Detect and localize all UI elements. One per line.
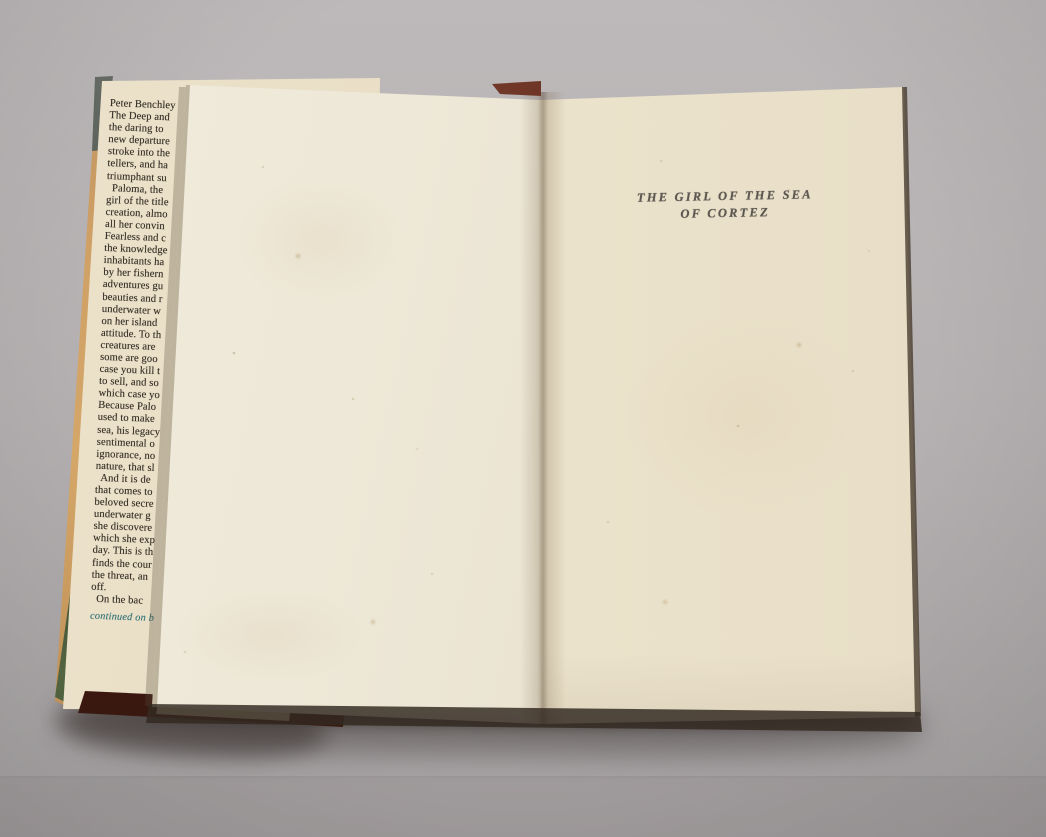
foxing-spots	[0, 0, 2, 2]
book-gutter	[520, 92, 566, 726]
page-stain	[620, 310, 870, 520]
page-stain	[175, 585, 365, 685]
page-stain	[235, 175, 405, 305]
book-photograph: Peter Benchley The Deep and the daring t…	[0, 0, 1046, 837]
background-seam-line	[0, 776, 1046, 778]
background-lower-surface	[0, 778, 1046, 837]
half-title-text: THE GIRL OF THE SEA OF CORTEZ	[565, 185, 886, 225]
